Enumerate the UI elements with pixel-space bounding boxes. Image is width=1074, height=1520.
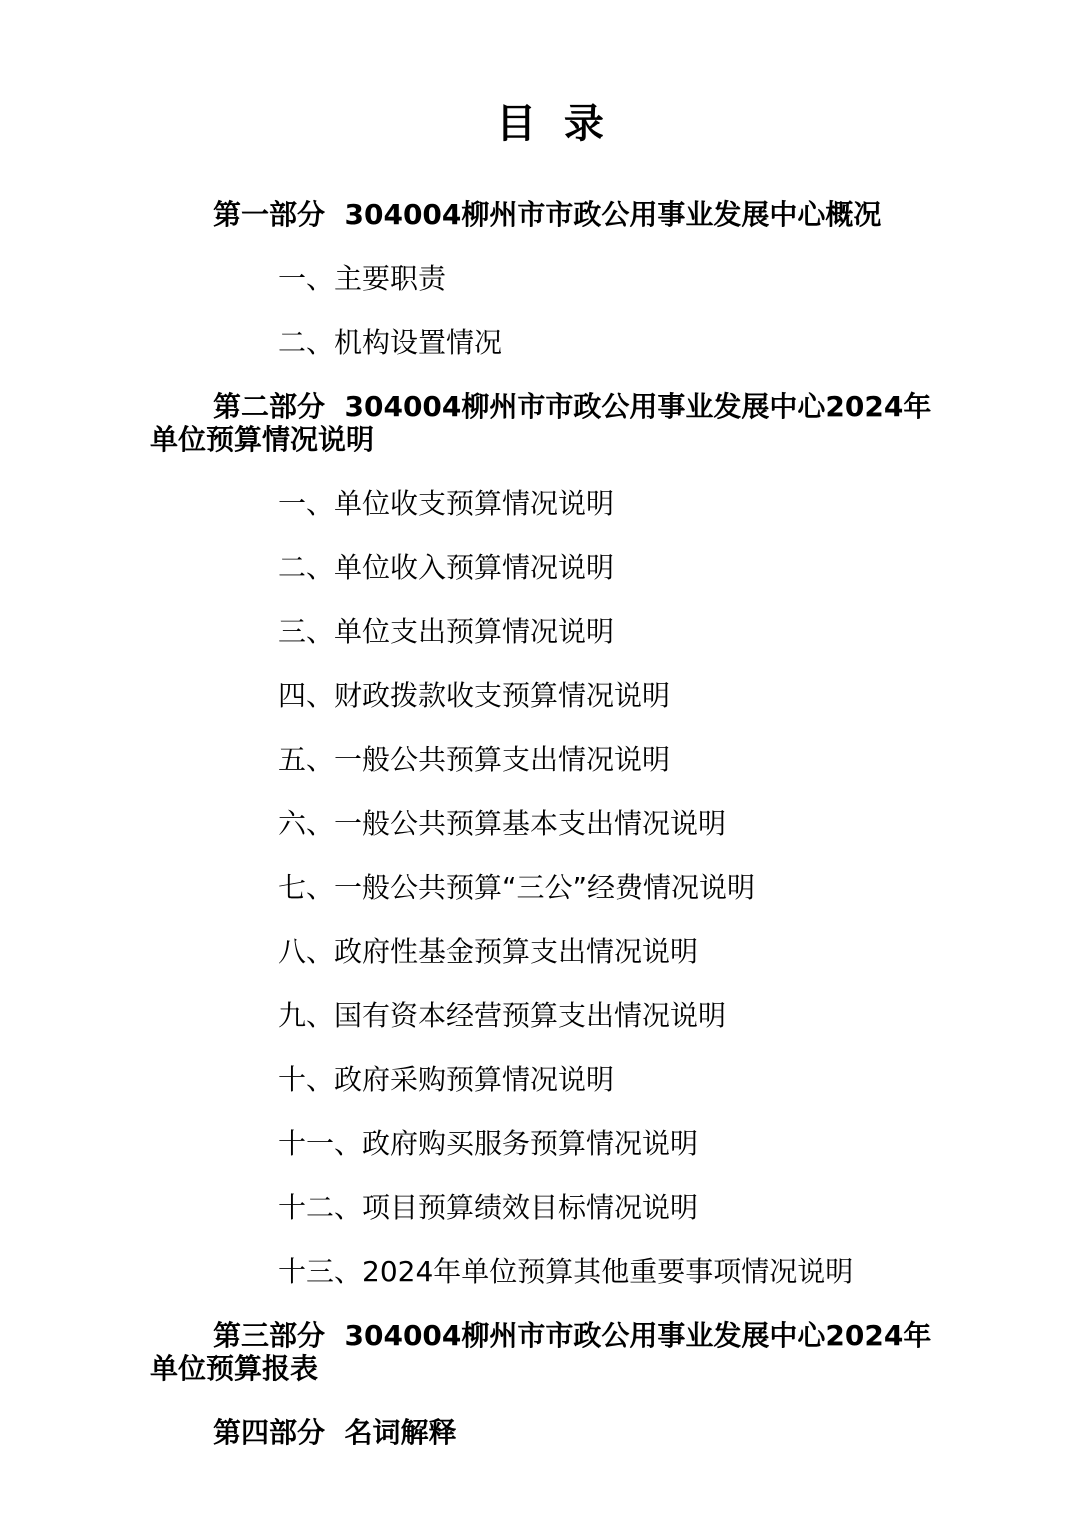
toc-item-2-6: 六、一般公共预算基本支出情况说明 xyxy=(150,807,950,840)
toc-item-1-2: 二、机构设置情况 xyxy=(150,326,950,359)
toc-item-2-3: 三、单位支出预算情况说明 xyxy=(150,615,950,648)
toc-item-2-12: 十二、项目预算绩效目标情况说明 xyxy=(150,1191,950,1224)
toc-item-2-11: 十一、政府购买服务预算情况说明 xyxy=(150,1127,950,1160)
part-heading-2: 第二部分 304004柳州市市政公用事业发展中心2024年单位预算情况说明 xyxy=(150,390,950,456)
toc-item-2-1: 一、单位收支预算情况说明 xyxy=(150,487,950,520)
toc-item-2-7: 七、一般公共预算“三公”经费情况说明 xyxy=(150,871,950,904)
toc-item-2-8: 八、政府性基金预算支出情况说明 xyxy=(150,935,950,968)
toc-page: 目 录 第一部分 304004柳州市市政公用事业发展中心概况 一、主要职责 二、… xyxy=(0,0,1074,1449)
toc-item-2-9: 九、国有资本经营预算支出情况说明 xyxy=(150,999,950,1032)
toc-item-1-1: 一、主要职责 xyxy=(150,262,950,295)
toc-item-2-4: 四、财政拨款收支预算情况说明 xyxy=(150,679,950,712)
part-heading-3: 第三部分 304004柳州市市政公用事业发展中心2024年单位预算报表 xyxy=(150,1319,950,1385)
toc-item-2-13: 十三、2024年单位预算其他重要事项情况说明 xyxy=(150,1255,950,1288)
part-heading-4: 第四部分 名词解释 xyxy=(150,1416,950,1449)
page-title: 目 录 xyxy=(150,100,950,148)
toc-item-2-10: 十、政府采购预算情况说明 xyxy=(150,1063,950,1096)
part-heading-1: 第一部分 304004柳州市市政公用事业发展中心概况 xyxy=(150,198,950,231)
toc-item-2-2: 二、单位收入预算情况说明 xyxy=(150,551,950,584)
toc-item-2-5: 五、一般公共预算支出情况说明 xyxy=(150,743,950,776)
